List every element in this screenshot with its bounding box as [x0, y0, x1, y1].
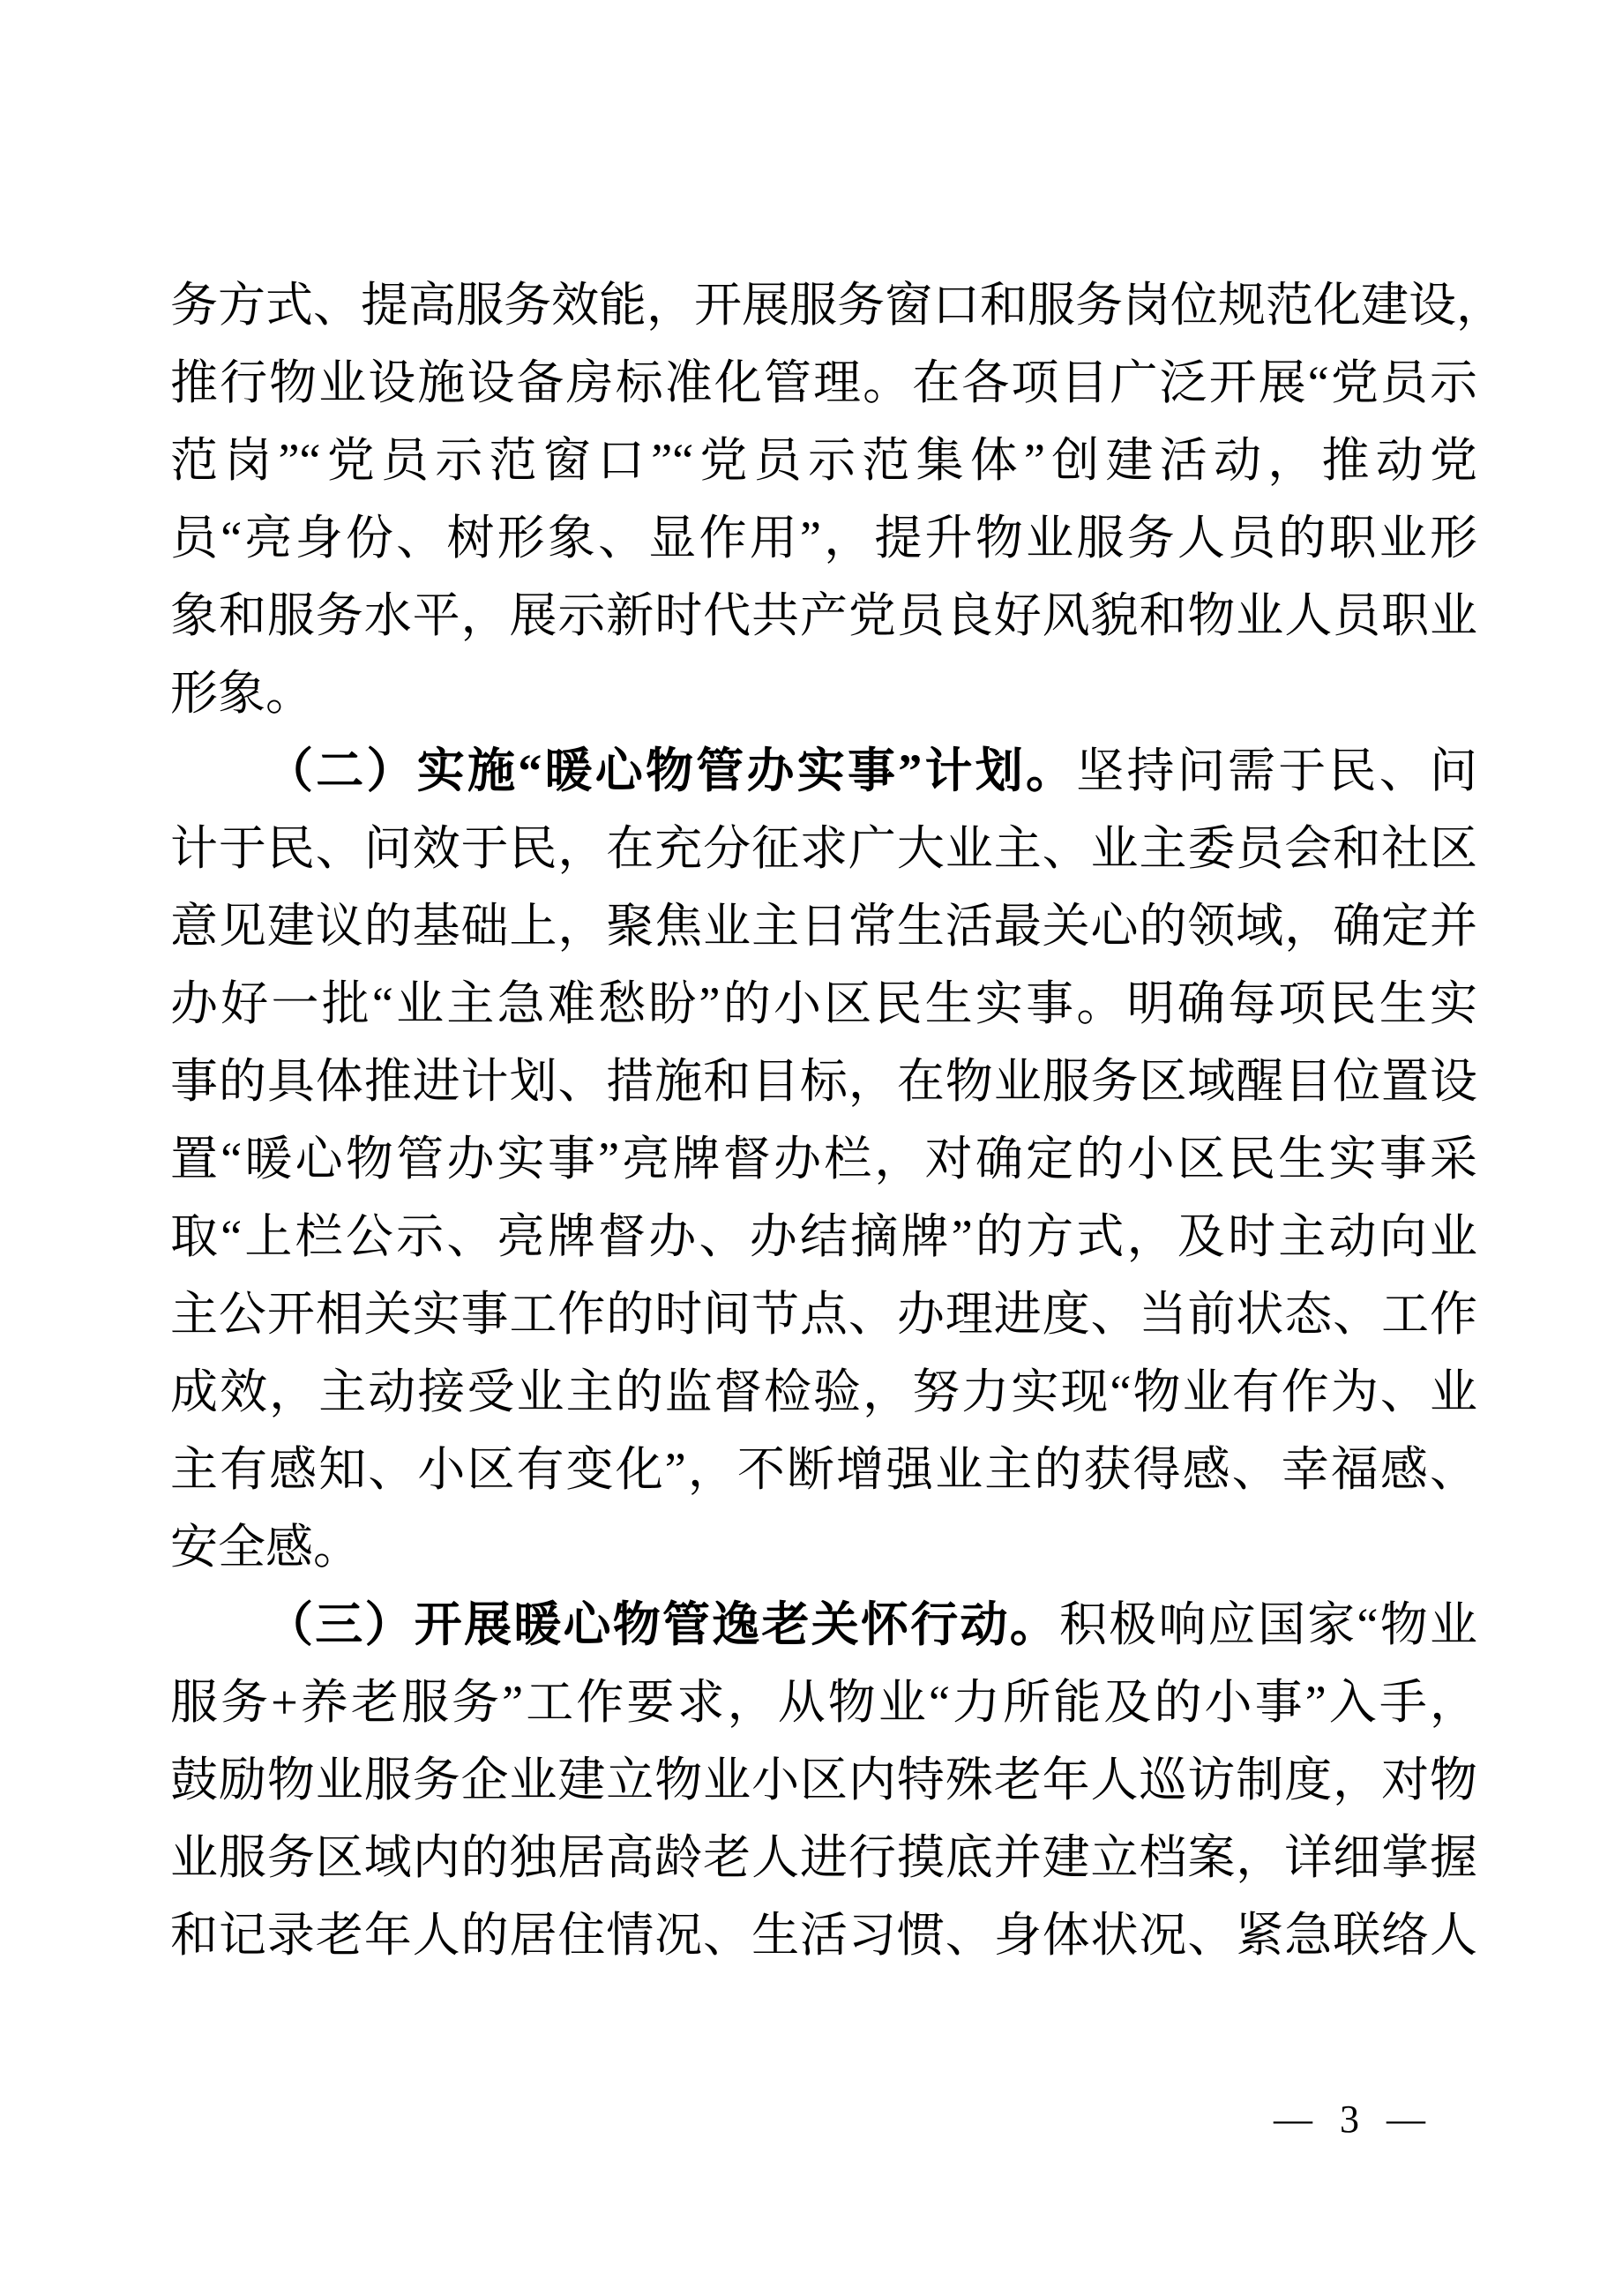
text-segment: 务方式、提高服务效能，开展服务窗口和服务岗位规范化建设， [170, 279, 1504, 332]
text-segment: 计于民、问效于民，在充分征求广大业主、业主委员会和社区 [170, 822, 1477, 875]
text-segment: 服务+养老服务”工作要求，从物业“力所能及的小事”入手， [170, 1676, 1477, 1729]
text-line: 成效，主动接受业主的监督检验，努力实现“物业有作为、业 [170, 1353, 1477, 1431]
section-heading-text: （三）开展暖心物管逸老关怀行动。 [265, 1598, 1059, 1651]
text-line: 取“上栏公示、亮牌督办、办结摘牌”的方式，及时主动向业 [170, 1198, 1477, 1275]
text-segment: 鼓励物业服务企业建立物业小区内特殊老年人巡访制度，对物 [170, 1754, 1477, 1806]
text-line: 范岗”“党员示范窗口”“党员示范集体”创建活动，推动党 [170, 422, 1477, 499]
text-line: 安全感。 [170, 1508, 1477, 1586]
text-line: 员“亮身份、树形象、显作用”，提升物业服务人员的职业形 [170, 499, 1477, 577]
text-line: 意见建议的基础上，聚焦业主日常生活最关心的领域，确定并 [170, 887, 1477, 965]
text-segment: 和记录老年人的居住情况、生活习惯、身体状况、紧急联络人 [170, 1909, 1477, 1962]
text-line: 务方式、提高服务效能，开展服务窗口和服务岗位规范化建设， [170, 266, 1477, 344]
text-line: 形象。 [170, 654, 1477, 732]
text-segment: 积极响应国家“物业 [1059, 1598, 1477, 1651]
text-segment: 事的具体推进计划、措施和目标，在物业服务区域醒目位置设 [170, 1055, 1477, 1108]
text-line-section-heading-2: （二）实施“暖心物管办实事”计划。坚持问需于民、问 [170, 732, 1477, 810]
text-segment: 安全感。 [170, 1521, 361, 1574]
text-segment: 主公开相关实事工作的时间节点、办理进度、当前状态、工作 [170, 1288, 1477, 1341]
text-line: 主有感知、小区有变化”，不断增强业主的获得感、幸福感、 [170, 1431, 1477, 1508]
text-line: 计于民、问效于民，在充分征求广大业主、业主委员会和社区 [170, 810, 1477, 887]
text-segment: 坚持问需于民、问 [1076, 744, 1477, 797]
text-segment: 主有感知、小区有变化”，不断增强业主的获得感、幸福感、 [170, 1443, 1477, 1496]
text-segment: 范岗”“党员示范窗口”“党员示范集体”创建活动，推动党 [170, 434, 1477, 487]
text-line: 服务+养老服务”工作要求，从物业“力所能及的小事”入手， [170, 1664, 1477, 1741]
text-line-section-heading-3: （三）开展暖心物管逸老关怀行动。积极响应国家“物业 [170, 1586, 1477, 1664]
text-segment: 意见建议的基础上，聚焦业主日常生活最关心的领域，确定并 [170, 900, 1477, 953]
page-number: — 3 — [1230, 2089, 1477, 2150]
text-line: 推行物业设施设备房标准化管理。在各项目广泛开展“党员示 [170, 344, 1477, 422]
text-line: 象和服务水平，展示新时代共产党员良好风貌和物业人员职业 [170, 577, 1477, 654]
text-segment: 形象。 [170, 667, 313, 720]
text-line: 置“暖心物管办实事”亮牌督办栏，对确定的小区民生实事采 [170, 1120, 1477, 1198]
text-line: 办好一批“业主急难愁盼”的小区民生实事。明确每项民生实 [170, 965, 1477, 1043]
text-segment: 业服务区域内的独居高龄老人进行摸底并建立档案，详细掌握 [170, 1831, 1477, 1884]
text-line: 事的具体推进计划、措施和目标，在物业服务区域醒目位置设 [170, 1043, 1477, 1120]
document-body: 务方式、提高服务效能，开展服务窗口和服务岗位规范化建设， 推行物业设施设备房标准… [170, 266, 1477, 1974]
text-line: 主公开相关实事工作的时间节点、办理进度、当前状态、工作 [170, 1275, 1477, 1353]
text-segment: 置“暖心物管办实事”亮牌督办栏，对确定的小区民生实事采 [170, 1133, 1477, 1185]
section-heading-text: （二）实施“暖心物管办实事”计划。 [265, 744, 1076, 797]
text-line: 鼓励物业服务企业建立物业小区内特殊老年人巡访制度，对物 [170, 1741, 1477, 1819]
document-page: 务方式、提高服务效能，开展服务窗口和服务岗位规范化建设， 推行物业设施设备房标准… [0, 0, 1622, 2296]
text-segment: 员“亮身份、树形象、显作用”，提升物业服务人员的职业形 [170, 512, 1477, 565]
text-segment: 办好一批“业主急难愁盼”的小区民生实事。明确每项民生实 [170, 977, 1477, 1030]
text-segment: 成效，主动接受业主的监督检验，努力实现“物业有作为、业 [170, 1365, 1477, 1418]
text-segment: 取“上栏公示、亮牌督办、办结摘牌”的方式，及时主动向业 [170, 1210, 1477, 1263]
text-segment: 推行物业设施设备房标准化管理。在各项目广泛开展“党员示 [170, 356, 1477, 409]
text-line: 和记录老年人的居住情况、生活习惯、身体状况、紧急联络人 [170, 1896, 1477, 1974]
text-line: 业服务区域内的独居高龄老人进行摸底并建立档案，详细掌握 [170, 1819, 1477, 1896]
text-segment: 象和服务水平，展示新时代共产党员良好风貌和物业人员职业 [170, 589, 1477, 642]
